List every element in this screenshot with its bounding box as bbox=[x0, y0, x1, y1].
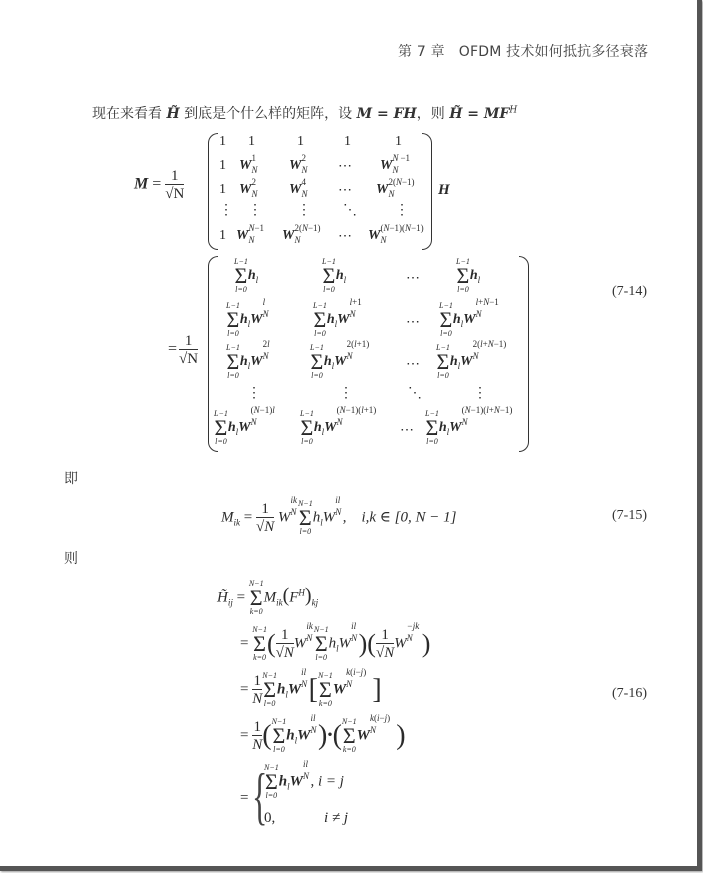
equation-number: (7-15) bbox=[612, 508, 647, 524]
inline-equation: H̃ = MF bbox=[449, 106, 509, 122]
connector-text: 即 bbox=[64, 468, 78, 488]
document-page: 第 7 章 OFDM 技术如何抵抗多径衰落 现在来看看 H̃ 到底是个什么样的矩… bbox=[0, 0, 702, 871]
superscript: H bbox=[509, 105, 517, 115]
intro-paragraph: 现在来看看 H̃ 到底是个什么样的矩阵，设 M = FH，则 H̃ = MFH bbox=[92, 103, 517, 123]
equation-line: = bbox=[240, 790, 248, 807]
intro-text: 现在来看看 bbox=[92, 106, 162, 122]
equation-line: H̃ij = N−1Σk=0Mik(FH)kj bbox=[217, 580, 318, 616]
symbol-h-tilde: H̃ bbox=[166, 106, 179, 122]
intro-text: 到底是个什么样的矩阵，设 bbox=[184, 106, 352, 122]
equation-line: = 1N(N−1Σl=0hlWilN )•(N−1Σk=0Wk(i−j)N ) bbox=[240, 718, 406, 754]
running-header: 第 7 章 OFDM 技术如何抵抗多径衰落 bbox=[398, 41, 648, 61]
equation-rhs-scale: = 1 √N bbox=[168, 333, 198, 367]
chapter-number: 第 7 章 bbox=[398, 44, 445, 60]
equation-body: Mik = 1√N WikN N−1Σl=0hlWilN , i,k ∈ [0,… bbox=[221, 500, 456, 536]
fraction: 1 √N bbox=[165, 168, 184, 202]
intro-text: ，则 bbox=[417, 106, 445, 122]
equation-line: = 1NN−1Σl=0hlWilN [N−1Σk=0Wk(i−j)N ] bbox=[240, 672, 382, 708]
matrix-h: H bbox=[438, 182, 450, 199]
case-row: 0, bbox=[264, 810, 275, 827]
right-paren bbox=[519, 256, 529, 452]
equation-lhs: M = 1 √N bbox=[134, 168, 184, 202]
left-paren bbox=[208, 133, 218, 250]
case-row: N−1Σl=0hlWilN , i = j bbox=[264, 764, 344, 800]
inline-equation: M = FH bbox=[357, 106, 417, 122]
equation-number: (7-14) bbox=[612, 284, 647, 300]
equation-line: = N−1Σk=0(1√NWikN N−1Σl=0hlWilN )(1√NW−j… bbox=[240, 626, 430, 662]
chapter-title: OFDM 技术如何抵抗多径衰落 bbox=[459, 44, 648, 60]
equation-number: (7-16) bbox=[612, 686, 647, 702]
connector-text: 则 bbox=[64, 548, 78, 568]
case-condition: i ≠ j bbox=[324, 810, 348, 827]
index-range: i,k ∈ [0, N − 1] bbox=[361, 509, 456, 525]
